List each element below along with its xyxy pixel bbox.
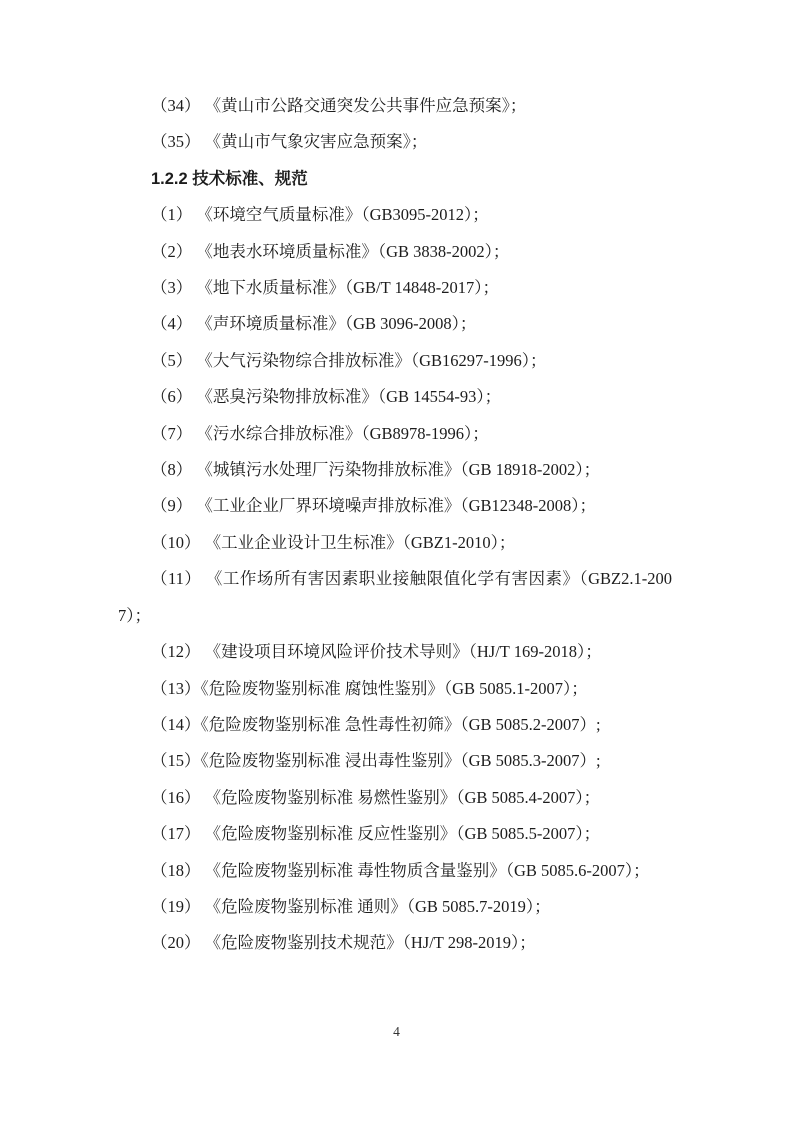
section-heading: 1.2.2 技术标准、规范 xyxy=(118,161,672,197)
standard-item-7: （7） 《污水综合排放标准》（GB8978-1996）； xyxy=(118,416,672,452)
standard-item-9: （9） 《工业企业厂界环境噪声排放标准》（GB12348-2008）； xyxy=(118,488,672,524)
standard-item-14: （14）《危险废物鉴别标准 急性毒性初筛》（GB 5085.2-2007）; xyxy=(118,707,672,743)
standard-item-5: （5） 《大气污染物综合排放标准》（GB16297-1996）； xyxy=(118,343,672,379)
standard-item-12: （12） 《建设项目环境风险评价技术导则》（HJ/T 169-2018）； xyxy=(118,634,672,670)
page-number: 4 xyxy=(393,1024,400,1039)
standard-item-19: （19） 《危险废物鉴别标准 通则》（GB 5085.7-2019）； xyxy=(118,889,672,925)
standard-item-1: （1） 《环境空气质量标准》（GB3095-2012）； xyxy=(118,197,672,233)
standard-item-11: （11） 《工作场所有害因素职业接触限值化学有害因素》（GBZ2.1-2007）… xyxy=(118,561,672,634)
standard-item-20: （20） 《危险废物鉴别技术规范》（HJ/T 298-2019）； xyxy=(118,925,672,961)
standard-item-3: （3） 《地下水质量标准》（GB/T 14848-2017）； xyxy=(118,270,672,306)
standard-item-6: （6） 《恶臭污染物排放标准》（GB 14554-93）； xyxy=(118,379,672,415)
standard-item-2: （2） 《地表水环境质量标准》（GB 3838-2002）； xyxy=(118,234,672,270)
standard-item-4: （4） 《声环境质量标准》（GB 3096-2008）； xyxy=(118,306,672,342)
standard-item-16: （16） 《危险废物鉴别标准 易燃性鉴别》（GB 5085.4-2007）； xyxy=(118,780,672,816)
standard-item-13: （13）《危险废物鉴别标准 腐蚀性鉴别》（GB 5085.1-2007）； xyxy=(118,671,672,707)
standard-item-8: （8） 《城镇污水处理厂污染物排放标准》（GB 18918-2002）； xyxy=(118,452,672,488)
standard-item-18: （18） 《危险废物鉴别标准 毒性物质含量鉴别》（GB 5085.6-2007）… xyxy=(118,853,672,889)
standard-item-10: （10） 《工业企业设计卫生标准》（GBZ1-2010）； xyxy=(118,525,672,561)
standard-item-15: （15）《危险废物鉴别标准 浸出毒性鉴别》（GB 5085.3-2007）; xyxy=(118,743,672,779)
list-item-35: （35） 《黄山市气象灾害应急预案》； xyxy=(118,124,672,160)
document-content: （34） 《黄山市公路交通突发公共事件应急预案》； （35） 《黄山市气象灾害应… xyxy=(118,88,672,962)
standard-item-17: （17） 《危险废物鉴别标准 反应性鉴别》（GB 5085.5-2007）； xyxy=(118,816,672,852)
page-footer: 4 xyxy=(0,1024,793,1040)
document-page: （34） 《黄山市公路交通突发公共事件应急预案》； （35） 《黄山市气象灾害应… xyxy=(0,0,793,1122)
list-item-34: （34） 《黄山市公路交通突发公共事件应急预案》； xyxy=(118,88,672,124)
